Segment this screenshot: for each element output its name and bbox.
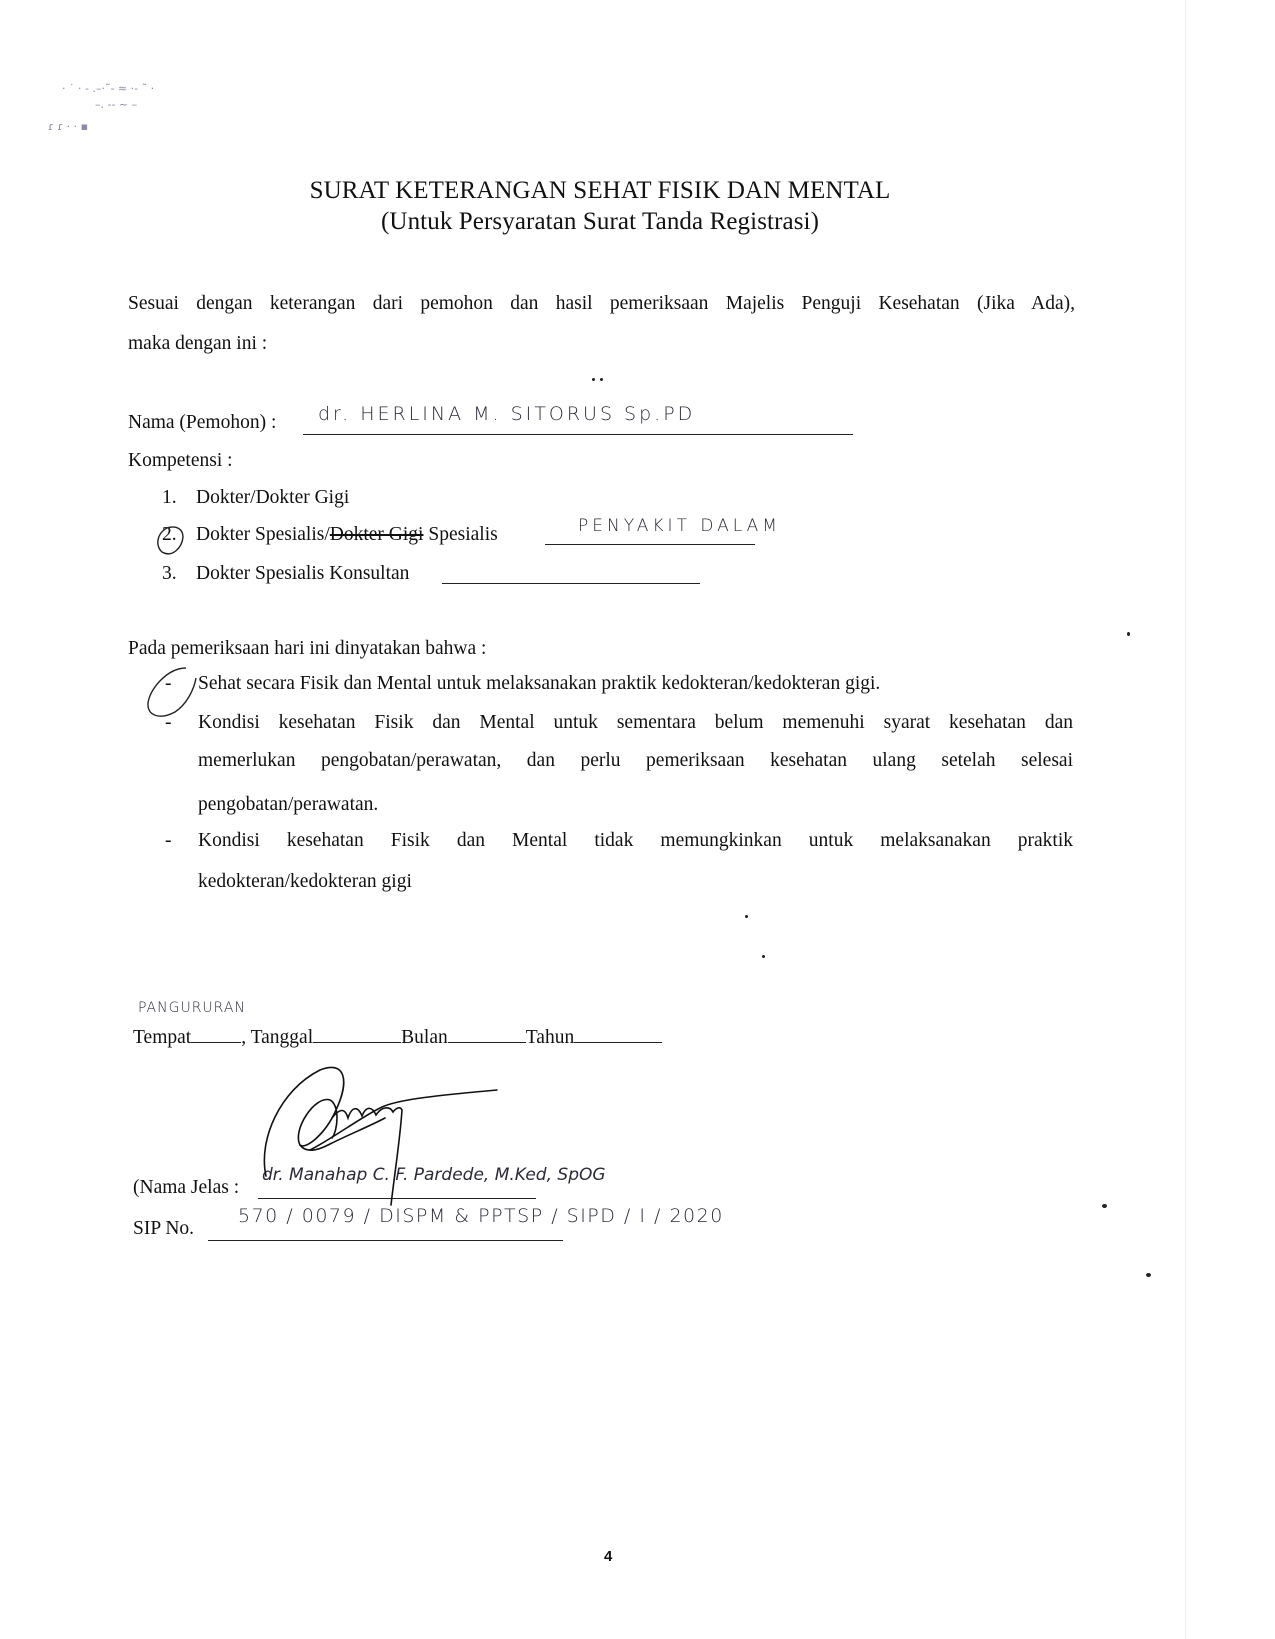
- competence-item-2[interactable]: Dokter Spesialis/Dokter Gigi Spesialis: [196, 524, 498, 546]
- page-number: 4: [604, 1548, 612, 1565]
- competence-item-2-text: Dokter Spesialis/: [196, 524, 330, 545]
- sip-number-field[interactable]: 570 / 0079 / DISPM & PPTSP / SIPD / I / …: [238, 1205, 724, 1227]
- place-date-line: Tempat, TanggalBulanTahun: [133, 1025, 662, 1049]
- exam-option-healthy[interactable]: Sehat secara Fisik dan Mental untuk mela…: [198, 673, 880, 695]
- year-label: Tahun: [526, 1027, 574, 1048]
- exam-option-temporary-line-1[interactable]: Kondisi kesehatan Fisik dan Mental untuk…: [198, 712, 1073, 734]
- competence-item-2-number: 2.: [162, 524, 177, 546]
- month-label: Bulan: [401, 1027, 448, 1048]
- selection-circle-exam: [148, 668, 196, 716]
- competence-item-1-number: 1.: [162, 487, 177, 509]
- scan-speck: [592, 378, 595, 381]
- place-label: Tempat: [133, 1027, 191, 1048]
- exam-option-unfit-line-1[interactable]: Kondisi kesehatan Fisik dan Mental tidak…: [198, 830, 1073, 852]
- intro-line-2: maka dengan ini :: [128, 333, 267, 355]
- exam-option-temporary-line-2[interactable]: memerlukan pengobatan/perawatan, dan per…: [198, 750, 1073, 772]
- document-subtitle: (Untuk Persyaratan Surat Tanda Registras…: [0, 208, 1200, 236]
- applicant-label: Nama (Pemohon) :: [128, 412, 276, 434]
- signer-name-field[interactable]: dr. Manahap C. F. Pardede, M.Ked, SpOG: [262, 1165, 606, 1185]
- applicant-underline: [303, 434, 853, 435]
- scan-noise: ɾ ɾ · · ▪: [48, 120, 88, 133]
- specialty-underline: [545, 544, 755, 545]
- scan-speck: [1146, 1273, 1151, 1277]
- competence-item-3-number: 3.: [162, 563, 177, 585]
- applicant-name-field[interactable]: dr. HERLINA M. SITORUS Sp.PD: [318, 403, 695, 425]
- competence-item-2-suffix: Spesialis: [423, 524, 497, 545]
- scan-noise: · ˙ · ‐ .–·˜‐ ≈ ·‐ ˜ ·: [62, 82, 154, 95]
- bullet-dash: -: [165, 830, 172, 852]
- consultant-underline: [442, 583, 700, 584]
- page-edge-artifact: [1185, 0, 1186, 1639]
- sip-label: SIP No.: [133, 1218, 194, 1240]
- exam-option-unfit-line-2: kedokteran/kedokteran gigi: [198, 871, 412, 893]
- scan-noise: –. ‐‐ ~ –: [95, 98, 137, 111]
- document-title: SURAT KETERANGAN SEHAT FISIK DAN MENTAL: [0, 177, 1200, 205]
- date-label: , Tanggal: [241, 1027, 313, 1048]
- scan-speck: [1127, 632, 1130, 636]
- scan-speck: [745, 915, 748, 918]
- competence-label: Kompetensi :: [128, 450, 233, 472]
- handwritten-marks: [0, 0, 1275, 1639]
- month-blank[interactable]: [448, 1025, 526, 1043]
- signer-name-label: (Nama Jelas :: [133, 1177, 239, 1199]
- exam-option-temporary-line-3[interactable]: pengobatan/perawatan.: [198, 794, 378, 816]
- place-handwritten[interactable]: PANGURURAN: [138, 1000, 246, 1016]
- examination-label: Pada pemeriksaan hari ini dinyatakan bah…: [128, 638, 486, 660]
- scan-speck: [600, 378, 603, 381]
- intro-line-1: Sesuai dengan keterangan dari pemohon da…: [128, 293, 1075, 315]
- year-blank[interactable]: [574, 1025, 662, 1043]
- date-blank[interactable]: [313, 1025, 401, 1043]
- signer-name-underline: [258, 1198, 536, 1199]
- struck-out-text: Dokter Gigi: [330, 524, 424, 545]
- scan-speck: [1102, 1204, 1107, 1208]
- sip-underline: [208, 1240, 563, 1241]
- bullet-dash: -: [165, 673, 172, 695]
- bullet-dash: -: [165, 712, 172, 734]
- competence-item-3[interactable]: Dokter Spesialis Konsultan: [196, 563, 409, 585]
- scan-speck: [762, 955, 765, 958]
- competence-item-1[interactable]: Dokter/Dokter Gigi: [196, 487, 349, 509]
- place-blank[interactable]: [191, 1025, 241, 1043]
- specialty-field[interactable]: PENYAKIT DALAM: [578, 516, 781, 536]
